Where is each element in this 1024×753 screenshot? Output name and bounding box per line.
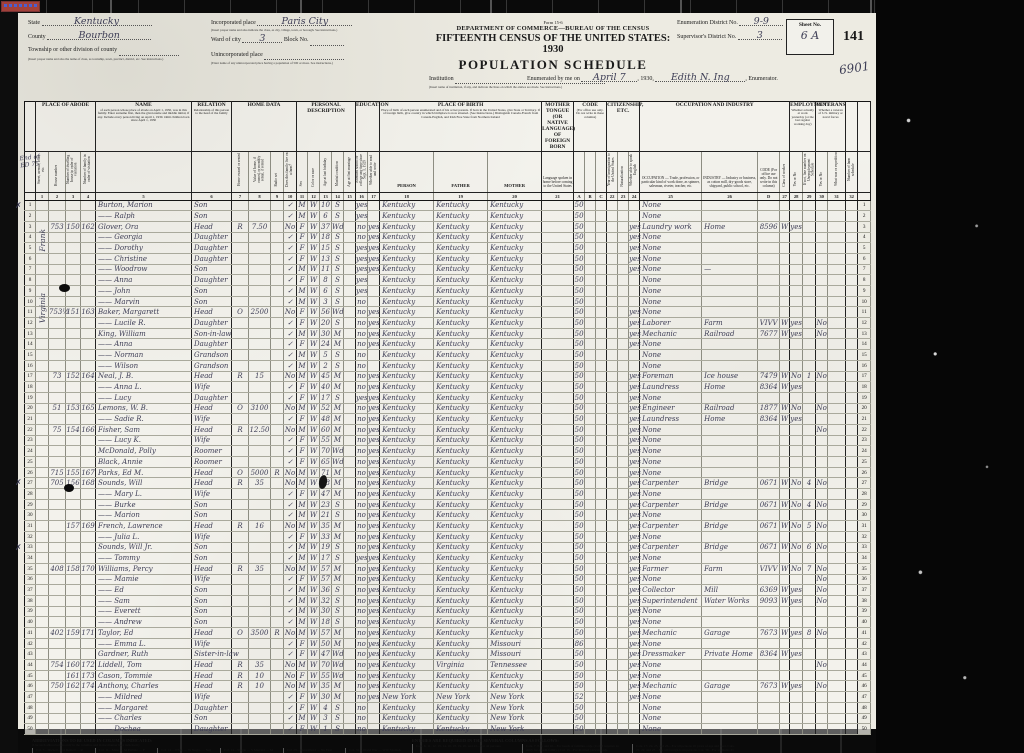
cell-line-left: 9 [25,286,36,297]
cell-radio-set [271,243,284,254]
cell-age-first-marriage [344,499,356,510]
cell-occupation-code [758,392,780,403]
cell-code-a: 50 [574,585,585,596]
cell-color-race: W [308,606,320,617]
cell-at-work [790,446,803,457]
margin-check-mark: ✗ [15,478,22,487]
cell-age: 3 [320,296,332,307]
cell-street [36,382,49,393]
cell-birthplace-person: Kentucky [380,296,434,307]
cell-birthplace-person: Kentucky [380,318,434,329]
cell-code-c [596,467,607,478]
cell-house-number [49,360,66,371]
cell-industry: Railroad [702,403,758,414]
cell-house-number [49,350,66,361]
column-number-dwelling-number: 3 [66,192,81,200]
cell-name: —— Ed [96,585,192,596]
cell-attended-school: no [356,574,368,585]
cell-line-left: 35 [25,563,36,574]
cell-code-b [585,318,596,329]
cell-marital: M [332,371,344,382]
cell-home-value [249,253,271,264]
cell-sex: M [297,585,308,596]
cell-at-work [790,713,803,724]
cell-veteran: No [816,478,828,489]
table-row: 37—— EdSon✓MW36SnoyesKentuckyKentuckyKen… [25,585,871,596]
cell-radio-set [271,617,284,628]
sub-header-farm-schedule: Number of farm schedule [846,151,858,192]
cell-code-a: 50 [574,253,585,264]
cell-radio-set [271,670,284,681]
cell-marital: S [332,542,344,553]
cell-occupation-code [758,286,780,297]
cell-attended-school: no [356,403,368,414]
cell-attended-school: no [356,318,368,329]
cell-home-value: 2500 [249,307,271,318]
cell-unemployment-line [803,307,816,318]
cell-speaks-english: yes [629,328,640,339]
cell-street [36,339,49,350]
cell-farm: ✓ [284,553,297,564]
column-number-class-of-worker: 27 [780,192,790,200]
cell-birthplace-person: Kentucky [380,371,434,382]
cell-sex: F [297,232,308,243]
cell-house-number [49,510,66,521]
cell-dwelling-number [66,553,81,564]
cell-owned-rented [232,318,249,329]
cell-farm: No [284,670,297,681]
cell-war-expedition [828,489,846,500]
cell-farm: ✓ [284,542,297,553]
table-row: 36—— MamieWife✓FW57MnoyesKentuckyKentuck… [25,574,871,585]
cell-naturalization [618,553,629,564]
cell-owned-rented: O [232,403,249,414]
street-name: Virginia [38,293,47,323]
cell-color-race: W [308,553,320,564]
cell-occupation: None [640,457,702,468]
cell-code-c [596,296,607,307]
cell-war-expedition [828,392,846,403]
cell-family-number [81,382,96,393]
cell-immigration-year [607,724,618,735]
cell-unemployment-line: 6 [803,542,816,553]
cell-family-number [81,713,96,724]
cell-age: 17 [320,553,332,564]
cell-code-b [585,296,596,307]
cell-sex: M [297,211,308,222]
cell-at-work [790,424,803,435]
cell-street: Virginia [36,296,49,307]
cell-mother-tongue [542,253,574,264]
column-number-unemployment-line: 29 [803,192,816,200]
cell-family-number [81,510,96,521]
cell-line-right: 8 [858,275,871,286]
cell-line-right: 49 [858,713,871,724]
cell-code-c [596,542,607,553]
cell-attended-school: no [356,350,368,361]
cell-class-of-worker [780,232,790,243]
cell-name: —— Woodrow [96,264,192,275]
cell-code-a: 50 [574,211,585,222]
cell-speaks-english: yes [629,392,640,403]
cell-attended-school: no [356,713,368,724]
sub-header-relation [192,151,232,192]
cell-farm-schedule [846,563,858,574]
cell-code-c [596,435,607,446]
cell-relation: Daughter [192,702,232,713]
cell-immigration-year [607,435,618,446]
cell-unemployment-line [803,638,816,649]
cell-code-c [596,617,607,628]
cell-code-c [596,638,607,649]
cell-occupation: Carpenter [640,478,702,489]
cell-attended-school: no [356,435,368,446]
cell-sex: M [297,328,308,339]
cell-farm: No [284,478,297,489]
cell-code-a: 50 [574,286,585,297]
cell-occupation: None [640,660,702,671]
cell-line-right: 36 [858,574,871,585]
cell-name: Fisher, Sam [96,424,192,435]
cell-occupation: None [640,211,702,222]
cell-read-write: yes [368,232,380,243]
cell-name: French, Lawrence [96,521,192,532]
cell-code-a: 50 [574,328,585,339]
cell-color-race: W [308,243,320,254]
cell-birthplace-father: Kentucky [434,392,488,403]
cell-birthplace-father: Kentucky [434,510,488,521]
cell-family-number [81,724,96,735]
cell-farm-schedule [846,232,858,243]
cell-occupation: None [640,350,702,361]
cell-owned-rented [232,328,249,339]
cell-house-number [49,617,66,628]
group-header: OCCUPATION AND INDUSTRY [640,102,790,152]
cell-dwelling-number [66,296,81,307]
cell-age: 20 [320,318,332,329]
cell-color-race: W [308,296,320,307]
cell-veteran [816,467,828,478]
cell-line-right: 10 [858,296,871,307]
cell-owned-rented [232,585,249,596]
cell-home-value [249,435,271,446]
cell-dwelling-number [66,360,81,371]
cell-line-left: 15 [25,350,36,361]
sheet-number-box: Sheet No. 6 A [786,19,834,55]
cell-marital: M [332,328,344,339]
column-number-street: 1 [36,192,49,200]
cell-farm-schedule [846,446,858,457]
cell-farm: ✓ [284,253,297,264]
sub-header-marital: Marital condition [332,151,344,192]
cell-age-first-marriage [344,253,356,264]
cell-age: 21 [320,510,332,521]
cell-birthplace-person: Kentucky [380,670,434,681]
cell-line-left: 41 [25,628,36,639]
cell-immigration-year [607,606,618,617]
cell-naturalization [618,424,629,435]
cell-war-expedition [828,435,846,446]
cell-name: —— Margaret [96,702,192,713]
table-row: 4Frank—— GeorgiaDaughter✓FW18SnoyesKentu… [25,232,871,243]
cell-at-work: yes [790,585,803,596]
cell-veteran: No [816,499,828,510]
cell-farm: ✓ [284,510,297,521]
cell-mother-tongue [542,628,574,639]
cell-speaks-english: yes [629,670,640,681]
cell-class-of-worker [780,670,790,681]
cell-code-b [585,286,596,297]
cell-code-b [585,243,596,254]
cell-street [36,350,49,361]
cell-occupation: None [640,232,702,243]
cell-marital: S [332,318,344,329]
incorporated-caption: (Insert proper name and also indicate th… [211,29,411,32]
cell-veteran [816,221,828,232]
cell-code-a: 50 [574,499,585,510]
cell-birthplace-person: Kentucky [380,531,434,542]
cell-occupation-code [758,702,780,713]
cell-name: —— Georgia [96,232,192,243]
cell-at-work [790,211,803,222]
cell-occupation-code: 8364 [758,649,780,660]
cell-birthplace-mother: Kentucky [488,617,542,628]
cell-birthplace-father: Kentucky [434,253,488,264]
cell-house-number [49,457,66,468]
column-number-marital: 14 [332,192,344,200]
sub-header-read-write: Whether able to read and write [368,151,380,192]
cell-birthplace-person: Kentucky [380,382,434,393]
cell-house-number [49,542,66,553]
cell-house-number [49,339,66,350]
cell-color-race: W [308,371,320,382]
cell-name: —— Mamie [96,574,192,585]
cell-birthplace-person: Kentucky [380,286,434,297]
cell-birthplace-person: Kentucky [380,660,434,671]
cell-sex: M [297,360,308,371]
cell-relation: Roomer [192,457,232,468]
cell-unemployment-line [803,531,816,542]
cell-sex: M [297,200,308,211]
corner-watermark [1,1,40,12]
cell-farm-schedule [846,457,858,468]
cell-naturalization [618,221,629,232]
cell-code-b [585,521,596,532]
cell-street: Frank [36,232,49,243]
cell-code-c [596,200,607,211]
table-row: 6—— ChristineDaughter✓FW13SyesyesKentuck… [25,253,871,264]
cell-sex: M [297,424,308,435]
cell-line-left: 46 [25,681,36,692]
cell-immigration-year [607,638,618,649]
cell-birthplace-person: Kentucky [380,339,434,350]
cell-class-of-worker [780,553,790,564]
cell-owned-rented [232,489,249,500]
cell-line-right: 22 [858,424,871,435]
cell-war-expedition [828,446,846,457]
cell-age-first-marriage [344,318,356,329]
cell-sex: F [297,243,308,254]
cell-farm: ✓ [284,211,297,222]
cell-code-a: 50 [574,595,585,606]
cell-radio-set [271,307,284,318]
cell-immigration-year [607,253,618,264]
cell-war-expedition [828,253,846,264]
cell-radio-set [271,563,284,574]
sub-header-home-value: Value of home, if owned, or monthly rent… [249,151,271,192]
cell-sex: F [297,382,308,393]
cell-radio-set [271,521,284,532]
cell-unemployment-line [803,692,816,703]
cell-read-write: yes [368,221,380,232]
cell-home-value [249,531,271,542]
cell-occupation: None [640,435,702,446]
cell-name: —— Wilson [96,360,192,371]
cell-at-work: yes [790,414,803,425]
cell-line-left: 12 [25,318,36,329]
cell-age-first-marriage [344,670,356,681]
cell-color-race: W [308,414,320,425]
cell-relation: Grandson [192,350,232,361]
cell-attended-school: no [356,606,368,617]
cell-line-left: 43 [25,649,36,660]
cell-class-of-worker [780,360,790,371]
cell-code-b [585,478,596,489]
cell-house-number [49,435,66,446]
cell-age-first-marriage [344,510,356,521]
cell-house-number: 408 [49,563,66,574]
block-label: Block No. [284,37,309,43]
cell-age-first-marriage [344,414,356,425]
cell-home-value: 35 [249,478,271,489]
cell-war-expedition [828,702,846,713]
cell-code-c [596,489,607,500]
cell-occupation-code [758,307,780,318]
table-row: 8—— AnnaDaughter✓FW8SyesKentuckyKentucky… [25,275,871,286]
cell-line-left: 2 [25,211,36,222]
cell-radio-set [271,510,284,521]
cell-unemployment-line [803,574,816,585]
cell-house-number: 73 [49,371,66,382]
cell-code-b [585,628,596,639]
cell-age: 40 [320,382,332,393]
cell-code-b [585,360,596,371]
cell-line-right: 20 [858,403,871,414]
cell-code-c [596,243,607,254]
cell-marital: S [332,360,344,371]
cell-birthplace-father: Kentucky [434,724,488,735]
cell-attended-school: no [356,531,368,542]
cell-color-race: W [308,660,320,671]
cell-birthplace-father: Kentucky [434,553,488,564]
cell-relation: Son [192,200,232,211]
cell-occupation-code: 9093 [758,595,780,606]
cell-class-of-worker: W [780,585,790,596]
cell-birthplace-father: Kentucky [434,243,488,254]
cell-occupation-code [758,467,780,478]
cell-class-of-worker [780,531,790,542]
cell-radio-set [271,286,284,297]
cell-marital: M [332,531,344,542]
cell-unemployment-line [803,200,816,211]
cell-read-write: yes [368,478,380,489]
cell-marital: S [332,200,344,211]
cell-veteran [816,296,828,307]
cell-owned-rented [232,382,249,393]
cell-sex: F [297,275,308,286]
cell-naturalization [618,457,629,468]
cell-marital: M [332,521,344,532]
cell-house-number [49,724,66,735]
cell-age-first-marriage [344,574,356,585]
cell-line-left: 11 [25,307,36,318]
cell-line-left: 21 [25,414,36,425]
cell-class-of-worker [780,435,790,446]
cell-occupation: Dressmaker [640,649,702,660]
cell-birthplace-mother: Kentucky [488,510,542,521]
cell-veteran: No [816,403,828,414]
cell-birthplace-mother: Kentucky [488,531,542,542]
cell-occupation: None [640,200,702,211]
cell-street [36,724,49,735]
cell-sex: M [297,660,308,671]
cell-mother-tongue [542,702,574,713]
cell-code-b [585,275,596,286]
cell-code-b [585,638,596,649]
cell-sex: F [297,531,308,542]
cell-birthplace-father: Kentucky [434,318,488,329]
cell-code-a: 50 [574,360,585,371]
cell-attended-school: no [356,382,368,393]
cell-house-number [49,414,66,425]
cell-attended-school: no [356,424,368,435]
cell-relation: Son [192,211,232,222]
cell-occupation: None [640,574,702,585]
cell-marital: S [332,286,344,297]
cell-war-expedition [828,542,846,553]
cell-speaks-english: yes [629,649,640,660]
cell-farm-schedule [846,713,858,724]
cell-relation: Head [192,424,232,435]
cell-birthplace-father: Kentucky [434,670,488,681]
cell-unemployment-line [803,414,816,425]
cell-age-first-marriage [344,360,356,371]
cell-marital: M [332,574,344,585]
cell-line-right: 32 [858,531,871,542]
cell-relation: Head [192,670,232,681]
cell-marital: Wd [332,670,344,681]
cell-code-b [585,649,596,660]
cell-war-expedition [828,531,846,542]
cell-line-left: 42 [25,638,36,649]
cell-code-b [585,221,596,232]
table-row: 44754160172Liddell, TomHeadR35NoMW70Wdno… [25,660,871,671]
cell-unemployment-line [803,660,816,671]
cell-at-work [790,553,803,564]
cell-code-a: 52 [574,692,585,703]
cell-birthplace-father: Kentucky [434,585,488,596]
cell-street [36,371,49,382]
cell-industry: Garage [702,681,758,692]
punch-hole [64,484,74,492]
cell-veteran: No [816,318,828,329]
cell-farm: ✓ [284,232,297,243]
cell-birthplace-person: Kentucky [380,724,434,735]
cell-speaks-english: yes [629,692,640,703]
cell-industry [702,253,758,264]
cell-farm: ✓ [284,638,297,649]
cell-read-write: yes [368,585,380,596]
